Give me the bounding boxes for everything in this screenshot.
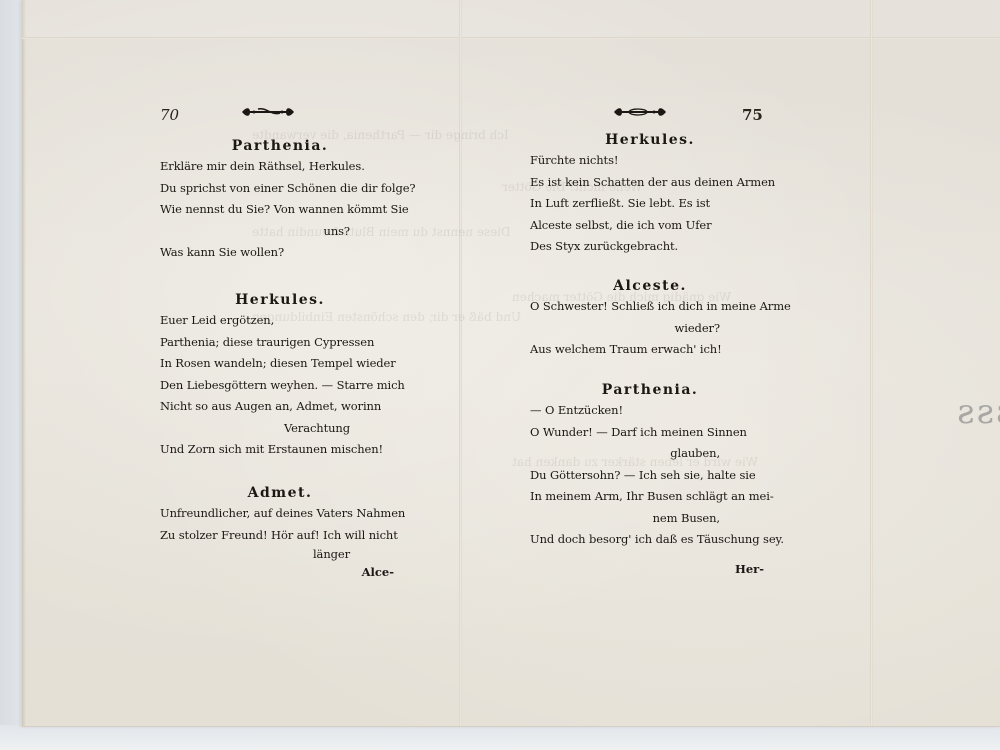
page-number: 75 xyxy=(742,106,763,124)
speaker-name: Parthenia. xyxy=(160,136,400,156)
verse-line-continuation: glauben, xyxy=(530,443,770,465)
speech-admet: Admet. Unfreundlicher, auf deines Vaters… xyxy=(160,483,400,582)
verse-line-continuation: nem Busen, xyxy=(530,508,770,530)
verse-line-continuation: uns? xyxy=(160,221,400,243)
top-fold-band xyxy=(22,0,1000,37)
speech-alceste: Alceste. O Schwester! Schließ ich dich i… xyxy=(530,276,770,361)
speech-parthenia: Parthenia. Erkläre mir dein Räthsel, Her… xyxy=(160,136,400,264)
sheet-deckle-edge xyxy=(22,0,26,726)
horizontal-fold-line xyxy=(22,37,1000,39)
verse-line: Alceste selbst, die ich vom Ufer xyxy=(530,215,770,237)
verse-line: Du sprichst von einer Schönen die dir fo… xyxy=(160,178,400,200)
verse-line: Was kann Sie wollen? xyxy=(160,242,400,264)
verse-line: Parthenia; diese traurigen Cypressen xyxy=(160,332,400,354)
verse-line: Zu stolzer Freund! Hör auf! Ich will nic… xyxy=(160,525,400,547)
headpiece-ornament-icon xyxy=(610,104,670,120)
speech-herkules: Herkules. Euer Leid ergötzen, Parthenia;… xyxy=(160,290,400,461)
verse-line: O Schwester! Schließ ich dich in meine A… xyxy=(530,296,770,318)
verse-line: Fürchte nichts! xyxy=(530,150,770,172)
speech-herkules: Herkules. Fürchte nichts! Es ist kein Sc… xyxy=(530,130,770,258)
verse-line: O Wunder! — Darf ich meinen Sinnen xyxy=(530,422,770,444)
center-fold-line xyxy=(459,0,462,726)
verse-line: In Luft zerfließt. Sie lebt. Es ist xyxy=(530,193,770,215)
verse-line: Aus welchem Traum erwach' ich! xyxy=(530,339,770,361)
verse-line-continuation: länger xyxy=(160,546,400,562)
verse-line: Erkläre mir dein Räthsel, Herkules. xyxy=(160,156,400,178)
verse-line: Unfreundlicher, auf deines Vaters Nahmen xyxy=(160,503,400,525)
verse-line: Wie nennst du Sie? Von wannen kömmt Sie xyxy=(160,199,400,221)
speech-parthenia: Parthenia. — O Entzücken! O Wunder! — Da… xyxy=(530,380,770,579)
verse-line: Den Liebesgöttern weyhen. — Starre mich xyxy=(160,375,400,397)
catchword: Alce- xyxy=(160,562,400,582)
verse-line: Des Styx zurückgebracht. xyxy=(530,236,770,258)
verse-line: In meinem Arm, Ihr Busen schlägt an mei- xyxy=(530,486,770,508)
backdrop-bottom xyxy=(0,725,1000,750)
verse-line: Und doch besorg' ich daß es Täuschung se… xyxy=(530,529,770,551)
verse-line: Es ist kein Schatten der aus deinen Arme… xyxy=(530,172,770,194)
verse-line-continuation: wieder? xyxy=(530,318,770,340)
speaker-name: Admet. xyxy=(160,483,400,503)
verse-line: — O Entzücken! xyxy=(530,400,770,422)
speaker-name: Parthenia. xyxy=(530,380,770,400)
pencil-mark: ƨƨƨ xyxy=(957,392,1000,432)
verse-line-continuation: Verachtung xyxy=(160,418,400,440)
catchword: Her- xyxy=(530,559,770,579)
page-number: 70 xyxy=(160,106,179,124)
speaker-name: Alceste. xyxy=(530,276,770,296)
verse-line: Du Göttersohn? — Ich seh sie, halte sie xyxy=(530,465,770,487)
verse-line: Nicht so aus Augen an, Admet, worinn xyxy=(160,396,400,418)
right-fold-line xyxy=(870,0,873,726)
headpiece-ornament-icon xyxy=(238,104,298,120)
speaker-name: Herkules. xyxy=(160,290,400,310)
verse-line: Und Zorn sich mit Erstaunen mischen! xyxy=(160,439,400,461)
speaker-name: Herkules. xyxy=(530,130,770,150)
verse-line: Euer Leid ergötzen, xyxy=(160,310,400,332)
verse-line: In Rosen wandeln; diesen Tempel wieder xyxy=(160,353,400,375)
